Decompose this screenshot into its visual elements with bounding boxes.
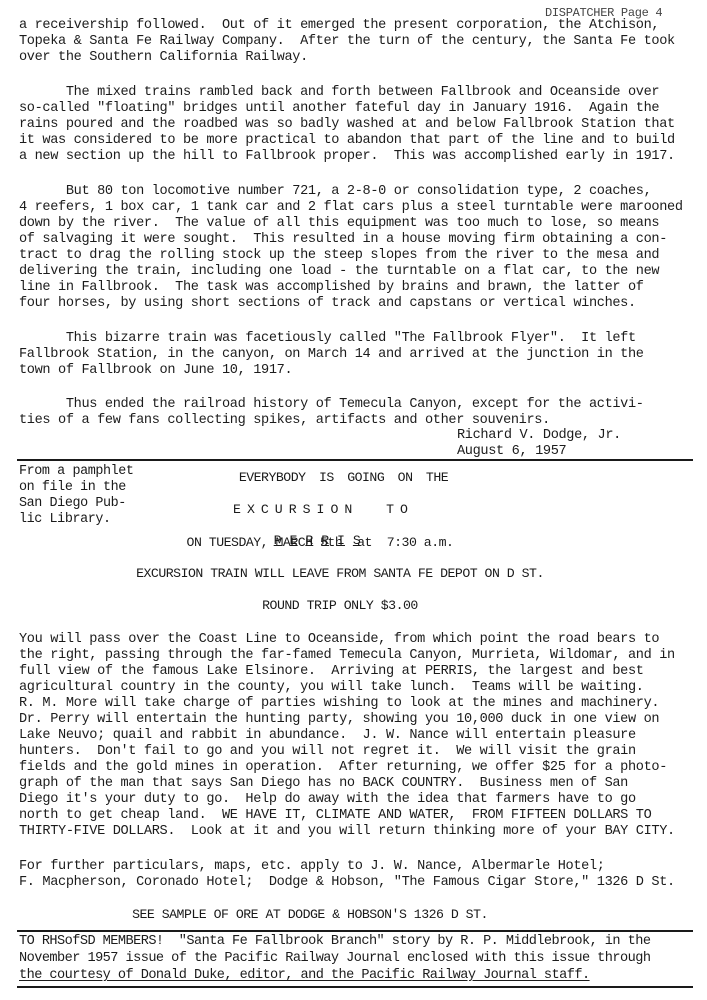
excursion-line: the right, passing through the far-famed… [19, 648, 675, 664]
departure-info: EXCURSION TRAIN WILL LEAVE FROM SANTA FE… [0, 566, 680, 581]
article-line: of salvaging it were sought. This result… [19, 232, 667, 248]
excursion-line: hunters. Don't fail to go and you will n… [19, 744, 636, 760]
article-line: it was considered to be more practical t… [19, 133, 675, 149]
members-note-line: the courtesy of Donald Duke, editor, and… [19, 968, 590, 984]
article-line: Topeka & Santa Fe Railway Company. After… [19, 34, 675, 50]
article-line: But 80 ton locomotive number 721, a 2-8-… [19, 184, 651, 200]
contact-line: F. Macpherson, Coronado Hotel; Dodge & H… [19, 875, 675, 891]
article-line: down by the river. The value of all this… [19, 216, 659, 232]
article-line: ties of a few fans collecting spikes, ar… [19, 413, 550, 429]
article-line: over the Southern California Railway. [19, 50, 308, 66]
excursion-line: north to get cheap land. WE HAVE IT, CLI… [19, 808, 651, 824]
article-line: town of Fallbrook on June 10, 1917. [19, 363, 292, 379]
excursion-line: fields and the gold mines in operation. … [19, 760, 667, 776]
excursion-line: You will pass over the Coast Line to Oce… [19, 632, 659, 648]
excursion-line: graph of the man that says San Diego has… [19, 776, 628, 792]
article-line: a receivership followed. Out of it emerg… [19, 18, 659, 34]
excursion-headline: EVERYBODY IS GOING ON THE [80, 470, 607, 485]
article-line: The mixed trains rambled back and forth … [19, 85, 659, 101]
author-signature: Richard V. Dodge, Jr. [457, 428, 621, 444]
article-line: Thus ended the railroad history of Temec… [19, 397, 644, 413]
article-line: Fallbrook Station, in the canyon, on Mar… [19, 347, 644, 363]
contact-line: For further particulars, maps, etc. appl… [19, 859, 605, 875]
article-line: rains poured and the roadbed was so badl… [19, 117, 675, 133]
excursion-line: R. M. More will take charge of parties w… [19, 696, 659, 712]
excursion-to-heading: EXCURSION TO [60, 502, 587, 517]
section-divider [17, 459, 693, 461]
section-divider [17, 930, 693, 932]
section-divider [17, 986, 693, 988]
excursion-line: Dr. Perry will entertain the hunting par… [19, 712, 659, 728]
ore-sample-note: SEE SAMPLE OF ORE AT DODGE & HOBSON'S 13… [0, 907, 620, 922]
article-line: four horses, by using short sections of … [19, 296, 636, 312]
members-note-line: TO RHSofSD MEMBERS! "Santa Fe Fallbrook … [19, 934, 650, 950]
article-line: This bizarre train was facetiously calle… [19, 331, 636, 347]
fare-info: ROUND TRIP ONLY $3.00 [0, 598, 680, 613]
article-line: so-called "floating" bridges until anoth… [19, 101, 659, 117]
members-note-line: November 1957 issue of the Pacific Railw… [19, 951, 650, 967]
article-line: line in Fallbrook. The task was accompli… [19, 280, 644, 296]
article-line: tract to drag the rolling stock up the s… [19, 248, 659, 264]
excursion-line: Diego it's your duty to go. Help do away… [19, 792, 636, 808]
article-line: a new section up the hill to Fallbrook p… [19, 149, 675, 165]
article-line: delivering the train, including one load… [19, 264, 659, 280]
excursion-line: THIRTY-FIVE DOLLARS. Look at it and you … [19, 824, 675, 840]
excursion-line: agricultural country in the county, you … [19, 680, 644, 696]
newsletter-page: DISPATCHER Page 4 a receivership followe… [0, 0, 707, 1000]
excursion-line: full view of the famous Lake Elsinore. A… [19, 664, 644, 680]
excursion-line: Lake Neuvo; quail and rabbit in abundanc… [19, 728, 636, 744]
excursion-schedule: ON TUESDAY, MARCH 5th at 7:30 a.m. [0, 535, 640, 550]
article-line: 4 reefers, 1 box car, 1 tank car and 2 f… [19, 200, 683, 216]
article-date: August 6, 1957 [457, 444, 566, 460]
